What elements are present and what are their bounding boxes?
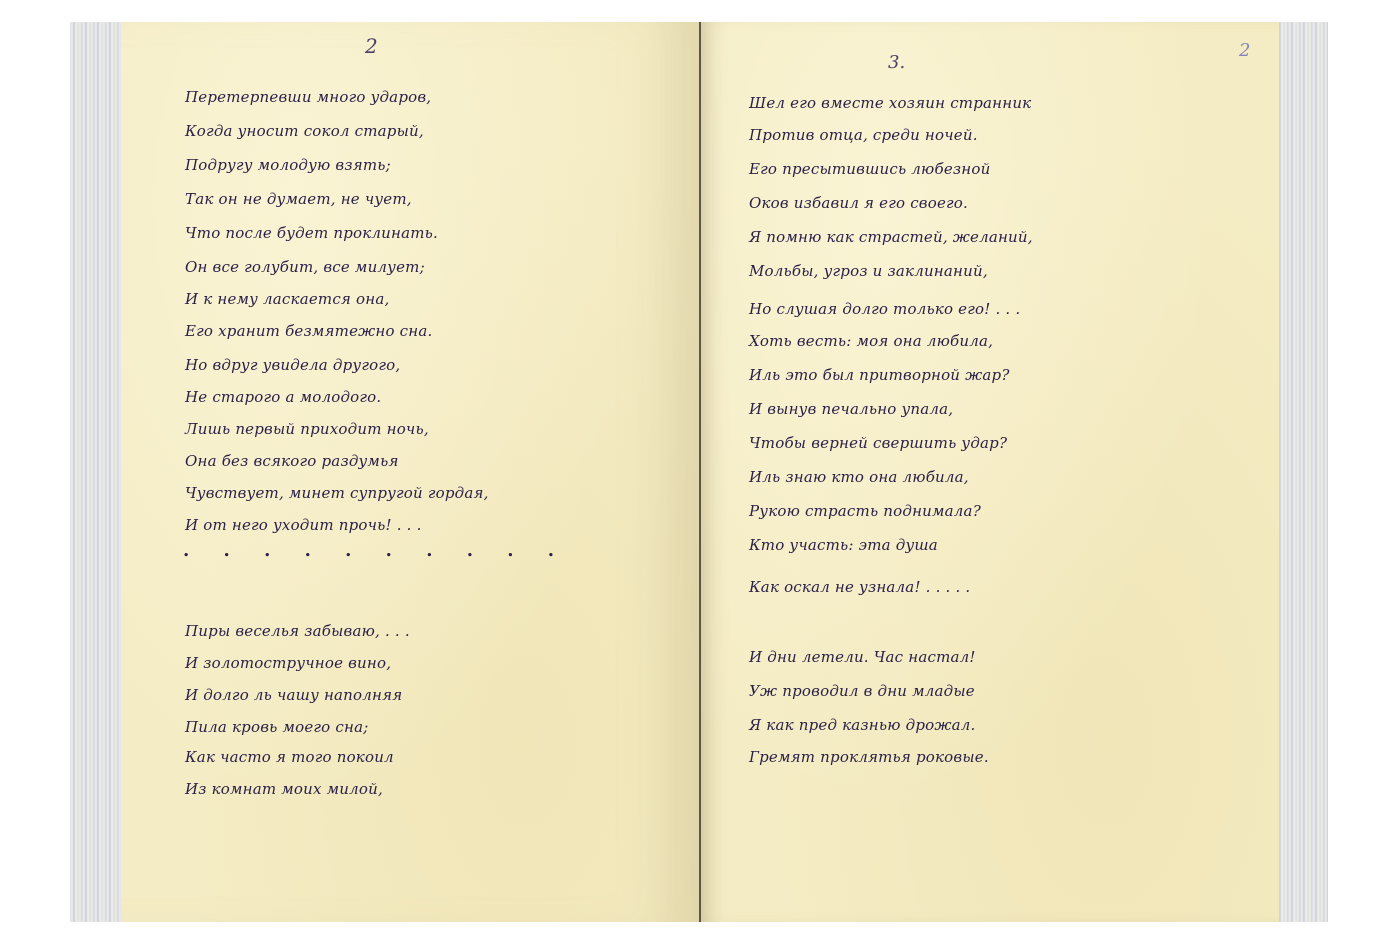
manuscript-line: Кто участь: эта душа	[749, 536, 938, 554]
right-page: 3. 2 Шел его вместе хозяин странник Прот…	[701, 22, 1279, 922]
manuscript-line: Лишь первый приходит ночь,	[185, 420, 429, 438]
manuscript-line: Чувствует, минет супругой гордая,	[185, 484, 489, 502]
manuscript-line: Хоть весть: моя она любила,	[749, 332, 993, 350]
manuscript-line: Пиры веселья забываю, . . .	[185, 622, 410, 640]
manuscript-line: Я помню как страстей, желаний,	[749, 228, 1033, 246]
manuscript-line: Не старого а молодого.	[185, 388, 381, 406]
right-page-edges	[1276, 22, 1328, 922]
manuscript-line: Его хранит безмятежно сна.	[185, 322, 432, 340]
left-page-edges	[70, 22, 122, 922]
pencil-folio-number: 2	[1239, 40, 1250, 61]
manuscript-line: Иль знаю кто она любила,	[749, 468, 969, 486]
open-manuscript-book: 2 Перетерпевши много ударов, Когда уноси…	[70, 22, 1328, 922]
ellipsis-row: . . . . . . . . . .	[183, 540, 568, 561]
manuscript-line: Подругу молодую взять;	[185, 156, 391, 174]
manuscript-line: Гремят проклятья роковые.	[749, 748, 989, 766]
manuscript-line: И золотостручное вино,	[185, 654, 391, 672]
manuscript-line: Она без всякого раздумья	[185, 452, 399, 470]
manuscript-line: И от него уходит прочь! . . .	[185, 516, 422, 534]
manuscript-line: Перетерпевши много ударов,	[185, 88, 431, 106]
manuscript-line: И долго ль чашу наполняя	[185, 686, 402, 704]
manuscript-line: Но вдруг увидела другого,	[185, 356, 400, 374]
manuscript-line: Как оскал не узнала! . . . . .	[749, 578, 970, 596]
manuscript-line: И к нему ласкается она,	[185, 290, 389, 308]
left-page-number: 2	[365, 34, 378, 58]
manuscript-line: И вынув печально упала,	[749, 400, 953, 418]
manuscript-line: Он все голубит, все милует;	[185, 258, 425, 276]
manuscript-line: Иль это был притворной жар?	[749, 366, 1010, 384]
manuscript-line: Уж проводил в дни младые	[749, 682, 975, 700]
left-page: 2 Перетерпевши много ударов, Когда уноси…	[121, 22, 701, 922]
manuscript-line: Его пресытившись любезной	[749, 160, 990, 178]
manuscript-line: И дни летели. Час настал!	[749, 648, 976, 666]
right-page-number: 3.	[888, 52, 905, 73]
manuscript-line: Так он не думает, не чует,	[185, 190, 412, 208]
manuscript-line: Что после будет проклинать.	[185, 224, 438, 242]
manuscript-line: Против отца, среди ночей.	[749, 126, 978, 144]
manuscript-line: Чтобы верней свершить удар?	[749, 434, 1007, 452]
manuscript-line: Оков избавил я его своего.	[749, 194, 968, 212]
manuscript-line: Когда уносит сокол старый,	[185, 122, 424, 140]
manuscript-line: Шел его вместе хозяин странник	[749, 94, 1031, 112]
manuscript-line: Но слушая долго только его! . . .	[749, 300, 1020, 318]
manuscript-line: Я как пред казнью дрожал.	[749, 716, 975, 734]
manuscript-line: Пила кровь моего сна;	[185, 718, 368, 736]
manuscript-line: Мольбы, угроз и заклинаний,	[749, 262, 988, 280]
manuscript-line: Как часто я того покоил	[185, 748, 394, 766]
manuscript-line: Рукою страсть поднимала?	[749, 502, 981, 520]
manuscript-line: Из комнат моих милой,	[185, 780, 383, 798]
